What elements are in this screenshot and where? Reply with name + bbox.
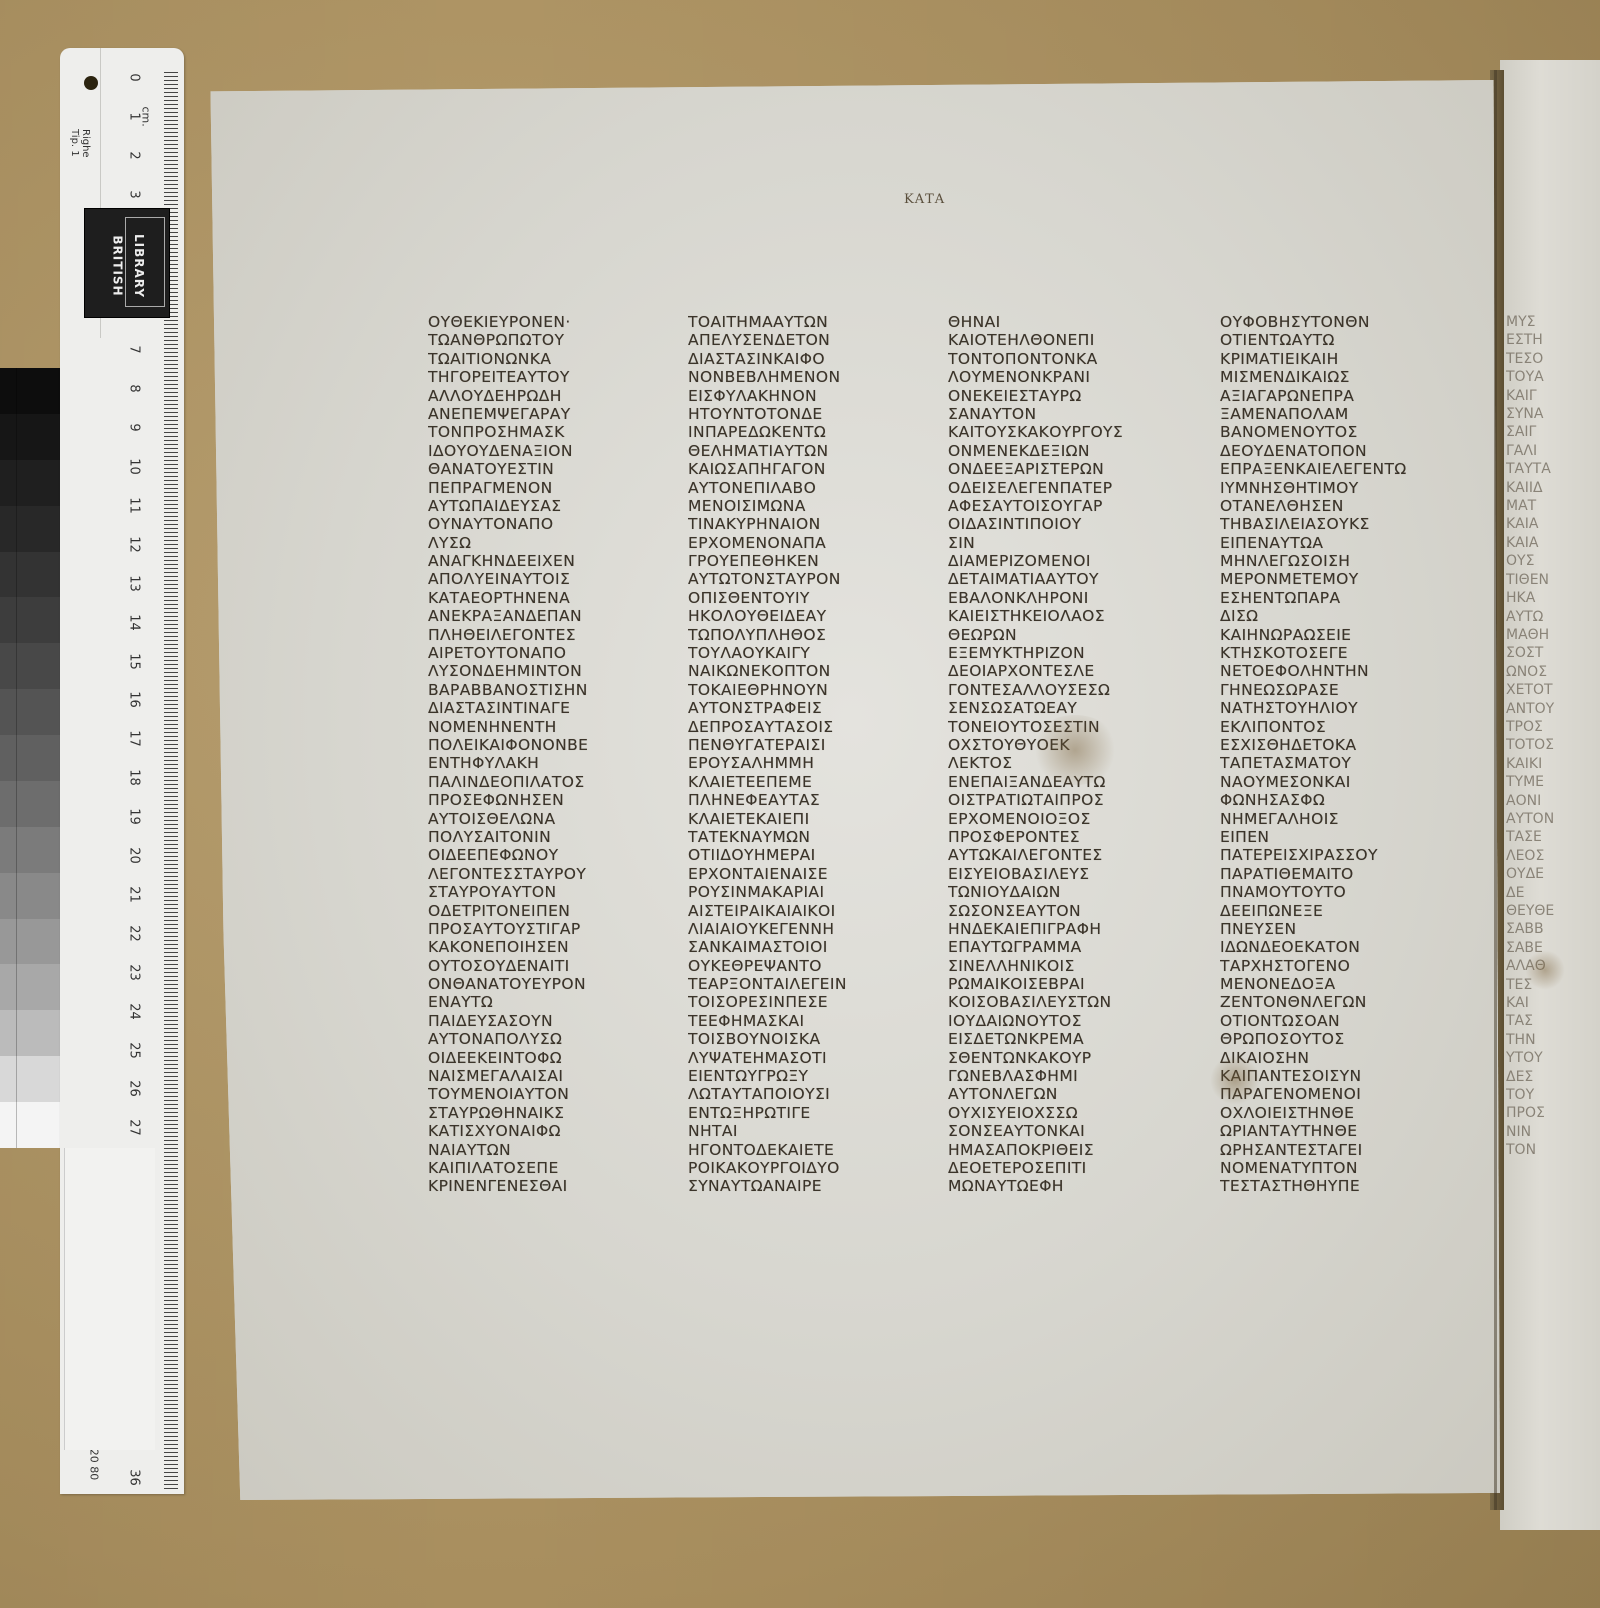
facing-page-line: ΣΟΣΤ [1506,644,1600,662]
manuscript-line: ΘΡΩΠΟΣΟΥΤΟΣ [1220,1030,1460,1048]
manuscript-line: ΓΟΝΤΕΣΑΛΛΟΥΣΕΣΩ [948,681,1188,699]
manuscript-line: ΟΤΑΝΕΛΘΗΣΕΝ [1220,497,1460,515]
facing-page-text: ΜΥΣΕΣΤΗΤΕΣΟΤΟΥΑΚΑΙΓΣΥΝΑΣΑΙΓΓΑΛΙΤΑΥΤΑΚΑΙΙ… [1506,313,1600,1160]
facing-page-line: ΜΑΤ [1506,497,1600,515]
manuscript-line: ΤΟΚΑΙΕΘΡΗΝΟΥΝ [688,681,928,699]
manuscript-line: ΛΥΣΟΝΔΕΗΜΙΝΤΟΝ [428,662,668,680]
manuscript-line: ΤΕΣΤΑΣΤΗΘΗΥΠΕ [1220,1177,1460,1195]
manuscript-line: ΠΟΛΥΣΑΙΤΟΝΙΝ [428,828,668,846]
facing-page-line: ΗΚΑ [1506,589,1600,607]
facing-page-line: ΠΡΟΣ [1506,1104,1600,1122]
manuscript-line: ΝΑΟΥΜΕΣΟΝΚΑΙ [1220,773,1460,791]
manuscript-line: ΚΑΙΩΣΑΠΗΓΑΓΟΝ [688,460,928,478]
ruler-cm-mark: 0 [127,68,142,88]
ruler-cm-mark: 9 [127,418,142,438]
manuscript-line: ΔΕΟΕΤΕΡΟΣΕΠΙΤΙ [948,1159,1188,1177]
manuscript-line: ΤΑΠΕΤΑΣΜΑΤΟΥ [1220,754,1460,772]
facing-page-line: ΑΝΤΟΥ [1506,700,1600,718]
stain-mark [1210,1055,1260,1105]
facing-page-line: ΩΝΟΣ [1506,663,1600,681]
stain-mark [1030,715,1120,785]
manuscript-line: ΡΩΜΑΙΚΟΙΣΕΒΡΑΙ [948,975,1188,993]
manuscript-line: ΚΡΙΜΑΤΙΕΙΚΑΙΗ [1220,350,1460,368]
manuscript-line: ΤΙΝΑΚΥΡΗΝΑΙΟΝ [688,515,928,533]
manuscript-line: ΠΑΡΑΤΙΘΕΜΑΙΤΟ [1220,865,1460,883]
manuscript-line: ΚΛΑΙΕΤΕΚΑΙΕΠΙ [688,810,928,828]
manuscript-line: ΡΟΙΚΑΚΟΥΡΓΟΙΔΥΟ [688,1159,928,1177]
manuscript-line: ΔΕΕΙΠΩΝΕΞΕ [1220,902,1460,920]
manuscript-line: ΟΔΕΙΣΕΛΕΓΕΝΠΑΤΕΡ [948,479,1188,497]
ruler-cm-mark: 12 [127,534,142,554]
manuscript-line: ΚΑΙΤΟΥΣΚΑΚΟΥΡΓΟΥΣ [948,423,1188,441]
manuscript-line: ΟΥΦΟΒΗΣΥΤΟΝΘΝ [1220,313,1460,331]
manuscript-line: ΛΙΑΙΑΙΟΥΚΕΓΕΝΝΗ [688,920,928,938]
manuscript-line: ΑΥΤΟΝΣΤΡΑΦΕΙΣ [688,699,928,717]
facing-page-line: ΤΟΤΟΣ [1506,736,1600,754]
manuscript-line: ΟΙΔΕΕΠΕΦΩΝΟΥ [428,846,668,864]
ruler-cm-mark: 8 [127,379,142,399]
manuscript-line: ΟΥΝΑΥΤΟΝΑΠΟ [428,515,668,533]
manuscript-line: ΗΝΔΕΚΑΙΕΠΙΓΡΑΦΗ [948,920,1188,938]
manuscript-line: ΟΤΙΕΝΤΩΑΥΤΩ [1220,331,1460,349]
facing-page-line: ΝΙΝ [1506,1123,1600,1141]
manuscript-line: ΠΕΠΡΑΓΜΕΝΟΝ [428,479,668,497]
manuscript-line: ΕΝΤΗΦΥΛΑΚΗ [428,754,668,772]
ruler-cm-mark: 10 [127,457,142,477]
facing-page-line: ΛΕΟΣ [1506,847,1600,865]
facing-page-line: ΕΣΤΗ [1506,331,1600,349]
manuscript-line: ΟΤΙΟΝΤΩΣΟΑΝ [1220,1012,1460,1030]
manuscript-line: ΟΤΙΙΔΟΥΗΜΕΡΑΙ [688,846,928,864]
manuscript-line: ΤΩΑΝΘΡΩΠΩΤΟΥ [428,331,668,349]
facing-page-line: ΚΑΙΓ [1506,387,1600,405]
manuscript-line: ΔΙΑΜΕΡΙΖΟΜΕΝΟΙ [948,552,1188,570]
manuscript-line: ΚΟΙΣΟΒΑΣΙΛΕΥΣΤΩΝ [948,993,1188,1011]
manuscript-line: ΑΠΟΛΥΕΙΝΑΥΤΟΙΣ [428,570,668,588]
facing-page-line: ΤΙΘΕΝ [1506,571,1600,589]
manuscript-line: ΜΕΝΟΙΣΙΜΩΝΑ [688,497,928,515]
chart-divider [16,368,17,1148]
manuscript-line: ΚΑΤΙΣΧΥΟΝΑΙΦΩ [428,1122,668,1140]
manuscript-line: ΤΗΒΑΣΙΛΕΙΑΣΟΥΚΣ [1220,515,1460,533]
manuscript-line: ΟΙΣΤΡΑΤΙΩΤΑΙΠΡΟΣ [948,791,1188,809]
manuscript-line: ΘΕΩΡΩΝ [948,626,1188,644]
manuscript-line: ΛΟΥΜΕΝΟΝΚΡΑΝΙ [948,368,1188,386]
manuscript-line: ΤΟΝΤΟΠΟΝΤΟΝΚΑ [948,350,1188,368]
manuscript-line: ΩΡΗΣΑΝΤΕΣΤΑΓΕΙ [1220,1141,1460,1159]
manuscript-line: ΓΗΝΕΩΣΩΡΑΣΕ [1220,681,1460,699]
facing-page-line: ΟΥΔΕ [1506,865,1600,883]
manuscript-line: ΑΛΛΟΥΔΕΗΡΩΔΗ [428,387,668,405]
manuscript-line: ΕΡΧΟΜΕΝΟΝΑΠΑ [688,534,928,552]
facing-page-line: ΚΑΙΙΔ [1506,479,1600,497]
facing-page-line: ΧΕΤΟΤ [1506,681,1600,699]
manuscript-line: ΣΑΝΚΑΙΜΑΣΤΟΙΟΙ [688,938,928,956]
manuscript-line: ΕΣΧΙΣΘΗΔΕΤΟΚΑ [1220,736,1460,754]
manuscript-line: ΤΑΤΕΚΝΑΥΜΩΝ [688,828,928,846]
manuscript-line: ΤΟΥΜΕΝΟΙΑΥΤΟΝ [428,1085,668,1103]
manuscript-line: ΩΡΙΑΝΤΑΥΤΗΝΘΕ [1220,1122,1460,1140]
manuscript-line: ΤΟΝΠΡΟΣΗΜΑΣΚ [428,423,668,441]
manuscript-line: ΑΥΤΟΝΑΠΟΛΥΣΩ [428,1030,668,1048]
manuscript-line: ΕΙΣΔΕΤΩΝΚΡΕΜΑ [948,1030,1188,1048]
manuscript-line: ΜΕΝΟΝΕΔΟΞΑ [1220,975,1460,993]
manuscript-line: ΠΟΛΕΙΚΑΙΦΟΝΟΝΒΕ [428,736,668,754]
manuscript-line: ΠΡΟΣΑΥΤΟΥΣΤΙΓΑΡ [428,920,668,938]
facing-page-line: ΤΥΜΕ [1506,773,1600,791]
manuscript-line: ΑΝΑΓΚΗΝΔΕΕΙΧΕΝ [428,552,668,570]
manuscript-line: ΤΕΕΦΗΜΑΣΚΑΙ [688,1012,928,1030]
manuscript-line: ΝΕΤΟΕΦΟΛΗΝΤΗΝ [1220,662,1460,680]
manuscript-line: ΖΕΝΤΟΝΘΝΛΕΓΩΝ [1220,993,1460,1011]
manuscript-line: ΙΔΩΝΔΕΟΕΚΑΤΟΝ [1220,938,1460,956]
manuscript-line: ΠΑΤΕΡΕΙΣΧΙΡΑΣΣΟΥ [1220,846,1460,864]
ruler-cm-mark: 16 [127,690,142,710]
facing-page-line: ΣΥΝΑ [1506,405,1600,423]
manuscript-line: ΝΗΜΕΓΑΛΗΟΙΣ [1220,810,1460,828]
manuscript-line: ΟΝΔΕΕΞΑΡΙΣΤΕΡΩΝ [948,460,1188,478]
gutter-line [1494,70,1497,1510]
manuscript-line: ΤΕΑΡΞΟΝΤΑΙΛΕΓΕΙΝ [688,975,928,993]
manuscript-line: ΓΩΝΕΒΛΑΣΦΗΜΙ [948,1067,1188,1085]
manuscript-line: ΕΙΠΕΝΑΥΤΩΑ [1220,534,1460,552]
manuscript-line: ΕΙΕΝΤΩΥΓΡΩΞΥ [688,1067,928,1085]
ruler-bottom-label: 20 80 [87,1449,100,1481]
ruler-cm-mark: 18 [127,768,142,788]
facing-page-line: ΤΟΝ [1506,1141,1600,1159]
manuscript-line: ΠΑΙΔΕΥΣΑΣΟΥΝ [428,1012,668,1030]
manuscript-line: ΣΟΝΣΕΑΥΤΟΝΚΑΙ [948,1122,1188,1140]
manuscript-line: ΜΕΡΟΝΜΕΤΕΜΟΥ [1220,570,1460,588]
manuscript-line: ΙΔΟΥΟΥΔΕΝΑΞΙΟΝ [428,442,668,460]
small-ruler-label: Righe Tip. 1 [69,129,91,169]
facing-page-line: ΤΑΣΕ [1506,828,1600,846]
manuscript-line: ΕΙΣΥΕΙΟΒΑΣΙΛΕΥΣ [948,865,1188,883]
manuscript-line: ΤΩΑΙΤΙΟΝΩΝΚΑ [428,350,668,368]
manuscript-line: ΑΞΙΑΓΑΡΩΝΕΠΡΑ [1220,387,1460,405]
facing-page-line: ΚΑΙΚΙ [1506,755,1600,773]
manuscript-line: ΟΙΔΕΕΚΕΙΝΤΟΦΩ [428,1049,668,1067]
manuscript-line: ΛΩΤΑΥΤΑΠΟΙΟΥΣΙ [688,1085,928,1103]
manuscript-line: ΔΙΚΑΙΟΣΗΝ [1220,1049,1460,1067]
manuscript-line: ΛΕΓΟΝΤΕΣΣΤΑΥΡΟΥ [428,865,668,883]
manuscript-line: ΕΠΑΥΤΩΓΡΑΜΜΑ [948,938,1188,956]
manuscript-line: ΑΠΕΛΥΣΕΝΔΕΤΟΝ [688,331,928,349]
facing-page-line: ΓΑΛΙ [1506,442,1600,460]
manuscript-line: ΚΑΚΟΝΕΠΟΙΗΣΕΝ [428,938,668,956]
manuscript-line: ΕΞΕΜΥΚΤΗΡΙΖΟΝ [948,644,1188,662]
manuscript-line: ΒΑΝΟΜΕΝΟΥΤΟΣ [1220,423,1460,441]
facing-page-line: ΑΟΝΙ [1506,792,1600,810]
manuscript-line: ΚΑΤΑΕΟΡΤΗΝΕΝΑ [428,589,668,607]
facing-page-line: ΚΑΙΑ [1506,515,1600,533]
manuscript-line: ΕΒΑΛΟΝΚΛΗΡΟΝΙ [948,589,1188,607]
manuscript-line: ΛΥΨΑΤΕΗΜΑΣΟΤΙ [688,1049,928,1067]
manuscript-line: ΠΛΗΘΕΙΛΕΓΟΝΤΕΣ [428,626,668,644]
facing-page-line: ΚΑΙΑ [1506,534,1600,552]
manuscript-line: ΝΑΙΚΩΝΕΚΟΠΤΟΝ [688,662,928,680]
manuscript-line: ΒΑΡΑΒΒΑΝΟΣΤΙΣΗΝ [428,681,668,699]
facing-page-line: ΤΕΣΟ [1506,350,1600,368]
manuscript-line: ΤΗΓΟΡΕΙΤΕΑΥΤΟΥ [428,368,668,386]
manuscript-line: ΟΙΔΑΣΙΝΤΙΠΟΙΟΥ [948,515,1188,533]
manuscript-line: ΔΙΣΩ [1220,607,1460,625]
manuscript-line: ΜΙΣΜΕΝΔΙΚΑΙΩΣ [1220,368,1460,386]
manuscript-line: ΑΝΕΠΕΜΨΕΓΑΡΑΥ [428,405,668,423]
manuscript-line: ΕΡΧΟΜΕΝΟΙΟΞΟΣ [948,810,1188,828]
ruler-cm-mark: 3 [127,184,142,204]
ruler-cm-mark: 15 [127,651,142,671]
ruler-cm-mark: 14 [127,612,142,632]
manuscript-line: ΣΤΑΥΡΟΥΑΥΤΟΝ [428,883,668,901]
running-title: ΚΑΤΑ [904,192,945,207]
manuscript-line: ΕΝΑΥΤΩ [428,993,668,1011]
manuscript-line: ΟΥΚΕΘΡΕΨΑΝΤΟ [688,957,928,975]
manuscript-line: ΙΟΥΔΑΙΩΝΟΥΤΟΣ [948,1012,1188,1030]
manuscript-line: ΕΙΠΕΝ [1220,828,1460,846]
manuscript-line: ΤΩΠΟΛΥΠΛΗΘΟΣ [688,626,928,644]
manuscript-line: ΠΕΝΘΥΓΑΤΕΡΑΙΣΙ [688,736,928,754]
text-column-4: ΟΥΦΟΒΗΣΥΤΟΝΘΝΟΤΙΕΝΤΩΑΥΤΩΚΡΙΜΑΤΙΕΙΚΑΙΗΜΙΣ… [1220,313,1460,1196]
manuscript-line: ΗΤΟΥΝΤΟΤΟΝΔΕ [688,405,928,423]
manuscript-line: ΑΥΤΩΤΟΝΣΤΑΥΡΟΝ [688,570,928,588]
manuscript-line: ΚΡΙΝΕΝΓΕΝΕΣΘΑΙ [428,1177,668,1195]
manuscript-line: ΗΓΟΝΤΟΔΕΚΑΙΕΤΕ [688,1141,928,1159]
manuscript-line: ΟΝΜΕΝΕΚΔΕΞΙΩΝ [948,442,1188,460]
manuscript-line: ΟΥΘΕΚΙΕΥΡΟΝΕΝ· [428,313,668,331]
manuscript-line: ΑΥΤΟΝΛΕΓΩΝ [948,1085,1188,1103]
manuscript-line: ΠΡΟΣΕΦΩΝΗΣΕΝ [428,791,668,809]
manuscript-line: ΑΥΤΟΙΣΘΕΛΩΝΑ [428,810,668,828]
manuscript-line: ΟΝΕΚΕΙΕΣΤΑΥΡΩ [948,387,1188,405]
facing-page-line: ΑΥΤΩ [1506,608,1600,626]
facing-page-line: ΜΥΣ [1506,313,1600,331]
ruler-cm-mark: 1 [127,106,142,126]
facing-page-line: ΤΟΥΑ [1506,368,1600,386]
manuscript-line: ΙΝΠΑΡΕΔΩΚΕΝΤΩ [688,423,928,441]
manuscript-line: ΑΙΣΤΕΙΡΑΙΚΑΙΑΙΚΟΙ [688,902,928,920]
manuscript-line: ΚΑΙΠΙΛΑΤΟΣΕΠΕ [428,1159,668,1177]
manuscript-line: ΑΥΤΟΝΕΠΙΛΑΒΟ [688,479,928,497]
manuscript-line: ΝΟΜΕΝΑΤΥΠΤΟΝ [1220,1159,1460,1177]
ruler-cm-mark: 24 [127,1001,142,1021]
manuscript-line: ΘΗΝΑΙ [948,313,1188,331]
manuscript-line: ΘΕΛΗΜΑΤΙΑΥΤΩΝ [688,442,928,460]
manuscript-line: ΦΩΝΗΣΑΣΦΩ [1220,791,1460,809]
ruler-cm-mark: 17 [127,729,142,749]
manuscript-line: ΕΠΡΑΞΕΝΚΑΙΕΛΕΓΕΝΤΩ [1220,460,1460,478]
ruler-cm-mark: 27 [127,1118,142,1138]
manuscript-line: ΠΝΕΥΣΕΝ [1220,920,1460,938]
ruler-cm-mark: 21 [127,884,142,904]
facing-page-line: ΤΡΟΣ [1506,718,1600,736]
manuscript-line: ΣΤΑΥΡΩΘΗΝΑΙΚΣ [428,1104,668,1122]
manuscript-line: ΟΔΕΤΡΙΤΟΝΕΙΠΕΝ [428,902,668,920]
ruler-cm-mark: 11 [127,495,142,515]
facing-page-line: ΤΗΝ [1506,1031,1600,1049]
manuscript-line: ΚΑΙΟΤΕΗΛΘΟΝΕΠΙ [948,331,1188,349]
facing-page-line: ΘΕΥΘΕ [1506,902,1600,920]
manuscript-line: ΟΧΛΟΙΕΙΣΤΗΝΘΕ [1220,1104,1460,1122]
manuscript-line: ΔΙΑΣΤΑΣΙΝΚΑΙΦΟ [688,350,928,368]
facing-page-line: ΔΕΣ [1506,1068,1600,1086]
manuscript-line: ΣΩΣΟΝΣΕΑΥΤΟΝ [948,902,1188,920]
ruler-cm-mark: 19 [127,807,142,827]
manuscript-line: ΛΥΣΩ [428,534,668,552]
manuscript-line: ΣΙΝ [948,534,1188,552]
british-library-logo: LIBRARY BRITISH [84,208,170,318]
manuscript-line: ΔΕΤΑΙΜΑΤΙΑΑΥΤΟΥ [948,570,1188,588]
manuscript-line: ΣΥΝΑΥΤΩΑΝΑΙΡΕ [688,1177,928,1195]
manuscript-line: ΟΠΙΣΘΕΝΤΟΥΙΥ [688,589,928,607]
text-column-2: ΤΟΑΙΤΗΜΑΑΥΤΩΝΑΠΕΛΥΣΕΝΔΕΤΟΝΔΙΑΣΤΑΣΙΝΚΑΙΦΟ… [688,313,928,1196]
manuscript-line: ΝΗΤΑΙ [688,1122,928,1140]
manuscript-line: ΣΙΝΕΛΛΗΝΙΚΟΙΣ [948,957,1188,975]
manuscript-line: ΤΟΙΣΒΟΥΝΟΙΣΚΑ [688,1030,928,1048]
facing-page-line: ΣΑΒΒ [1506,920,1600,938]
manuscript-line: ΤΩΝΙΟΥΔΑΙΩΝ [948,883,1188,901]
manuscript-line: ΝΑΙΑΥΤΩΝ [428,1141,668,1159]
manuscript-line: ΑΦΕΣΑΥΤΟΙΣΟΥΓΑΡ [948,497,1188,515]
manuscript-line: ΝΟΜΕΝΗΝΕΝΤΗ [428,718,668,736]
manuscript-line: ΟΝΘΑΝΑΤΟΥΕΥΡΟΝ [428,975,668,993]
manuscript-line: ΔΕΠΡΟΣΑΥΤΑΣΟΙΣ [688,718,928,736]
manuscript-line: ΚΛΑΙΕΤΕΕΠΕΜΕ [688,773,928,791]
manuscript-line: ΝΑΙΣΜΕΓΑΛΑΙΣΑΙ [428,1067,668,1085]
facing-page-line: ΥΤΟΥ [1506,1049,1600,1067]
manuscript-line: ΚΤΗΣΚΟΤΟΣΕΓΕ [1220,644,1460,662]
manuscript-line: ΠΑΛΙΝΔΕΟΠΙΛΑΤΟΣ [428,773,668,791]
manuscript-line: ΓΡΟΥΕΠΕΘΗΚΕΝ [688,552,928,570]
manuscript-line: ΗΚΟΛΟΥΘΕΙΔΕΑΥ [688,607,928,625]
manuscript-line: ΕΚΛΙΠΟΝΤΟΣ [1220,718,1460,736]
manuscript-line: ΔΙΑΣΤΑΣΙΝΤΙΝΑΓΕ [428,699,668,717]
ruler-cm-mark: 22 [127,923,142,943]
manuscript-line: ΕΡΟΥΣΑΛΗΜΜΗ [688,754,928,772]
manuscript-line: ΤΑΡΧΗΣΤΟΓΕΝΟ [1220,957,1460,975]
manuscript-line: ΠΛΗΝΕΦΕΑΥΤΑΣ [688,791,928,809]
manuscript-line: ΡΟΥΣΙΝΜΑΚΑΡΙΑΙ [688,883,928,901]
manuscript-line: ΣΑΝΑΥΤΟΝ [948,405,1188,423]
ruler-cm-mark: 20 [127,846,142,866]
facing-page-line: ΑΥΤΟΝ [1506,810,1600,828]
facing-page-line: ΚΑΙ [1506,994,1600,1012]
manuscript-line: ΕΣΗΕΝΤΩΠΑΡΑ [1220,589,1460,607]
text-column-1: ΟΥΘΕΚΙΕΥΡΟΝΕΝ·ΤΩΑΝΘΡΩΠΩΤΟΥΤΩΑΙΤΙΟΝΩΝΚΑΤΗ… [428,313,668,1196]
manuscript-line: ΣΘΕΝΤΩΝΚΑΚΟΥΡ [948,1049,1188,1067]
facing-page-line: ΤΑΥΤΑ [1506,460,1600,478]
manuscript-line: ΗΜΑΣΑΠΟΚΡΙΘΕΙΣ [948,1141,1188,1159]
manuscript-line: ΜΩΝΑΥΤΩΕΦΗ [948,1177,1188,1195]
manuscript-line: ΟΥΤΟΣΟΥΔΕΝΑΙΤΙ [428,957,668,975]
manuscript-line: ΤΟΥΛΑΟΥΚΑΙΓΥ [688,644,928,662]
ruler-cm-mark: 26 [127,1079,142,1099]
manuscript-line: ΑΥΤΩΠΑΙΔΕΥΣΑΣ [428,497,668,515]
manuscript-line: ΝΟΝΒΕΒΛΗΜΕΝΟΝ [688,368,928,386]
manuscript-line: ΕΙΣΦΥΛΑΚΗΝΟΝ [688,387,928,405]
manuscript-line: ΝΑΤΗΣΤΟΥΗΛΙΟΥ [1220,699,1460,717]
manuscript-line: ΔΕΟΥΔΕΝΑΤΟΠΟΝ [1220,442,1460,460]
manuscript-line: ΘΑΝΑΤΟΥΕΣΤΙΝ [428,460,668,478]
manuscript-line: ΑΥΤΩΚΑΙΛΕΓΟΝΤΕΣ [948,846,1188,864]
stain-mark [1525,950,1565,990]
manuscript-line: ΠΝΑΜΟΥΤΟΥΤΟ [1220,883,1460,901]
manuscript-line: ΤΟΑΙΤΗΜΑΑΥΤΩΝ [688,313,928,331]
manuscript-line: ΕΝΤΩΞΗΡΩΤΙΓΕ [688,1104,928,1122]
logo-text-library: LIBRARY [132,234,146,298]
facing-page-line: ΜΑΘΗ [1506,626,1600,644]
logo-text-british: BRITISH [111,235,125,296]
manuscript-line: ΑΝΕΚΡΑΞΑΝΔΕΠΑΝ [428,607,668,625]
paper-strip [64,1148,155,1450]
manuscript-line: ΚΑΙΗΝΩΡΑΩΣΕΙΕ [1220,626,1460,644]
ruler-cm-mark: 36 [127,1468,142,1488]
ruler-cm-mark: 7 [127,340,142,360]
manuscript-line: ΕΡΧΟΝΤΑΙΕΝΑΙΣΕ [688,865,928,883]
manuscript-line: ΠΡΟΣΦΕΡΟΝΤΕΣ [948,828,1188,846]
manuscript-line: ΜΗΝΛΕΓΩΣΟΙΣΗ [1220,552,1460,570]
facing-page-line: ΟΥΣ [1506,552,1600,570]
ruler-cm-mark: 23 [127,962,142,982]
facing-page-line: ΔΕ [1506,884,1600,902]
manuscript-line: ΔΕΟΙΑΡΧΟΝΤΕΣΛΕ [948,662,1188,680]
facing-page-line: ΤΟΥ [1506,1086,1600,1104]
ruler-cm-mark: 2 [127,145,142,165]
manuscript-line: ΟΥΧΙΣΥΕΙΟΧΣΣΩ [948,1104,1188,1122]
manuscript-line: ΚΑΙΕΙΣΤΗΚΕΙΟΛΑΟΣ [948,607,1188,625]
manuscript-line: ΞΑΜΕΝΑΠΟΛΑΜ [1220,405,1460,423]
facing-page-line: ΣΑΙΓ [1506,423,1600,441]
manuscript-line: ΙΥΜΝΗΣΘΗΤΙΜΟΥ [1220,479,1460,497]
manuscript-line: ΑΙΡΕΤΟΥΤΟΝΑΠΟ [428,644,668,662]
facing-page-line: ΤΑΣ [1506,1012,1600,1030]
ruler-cm-mark: 13 [127,573,142,593]
ruler-cm-mark: 25 [127,1040,142,1060]
manuscript-line: ΤΟΙΣΟΡΕΣΙΝΠΕΣΕ [688,993,928,1011]
